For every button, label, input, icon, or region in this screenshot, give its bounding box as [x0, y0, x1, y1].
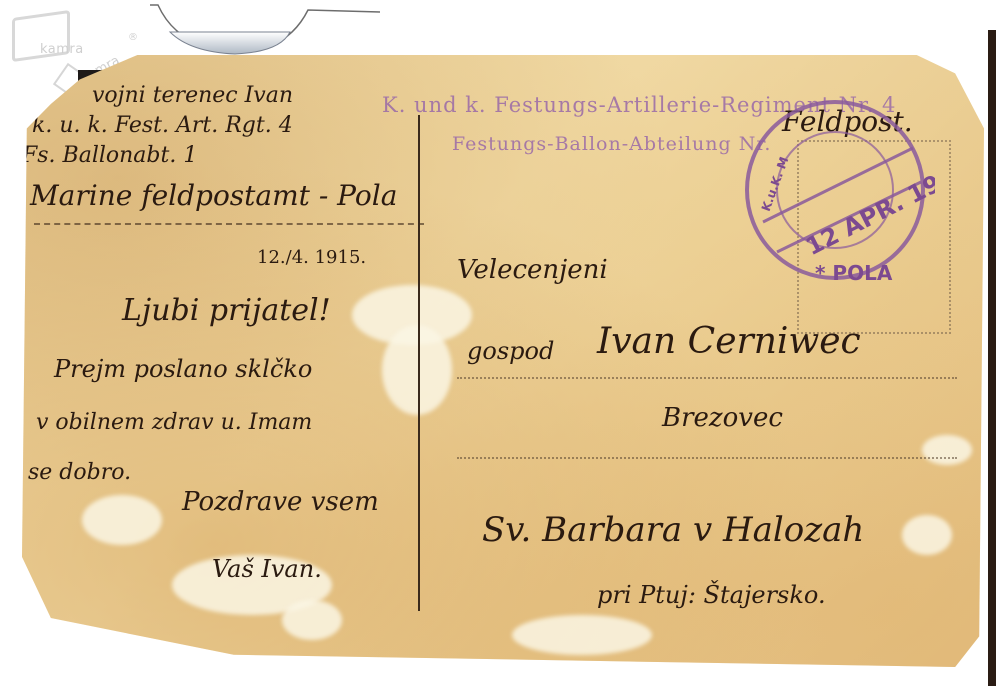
sender-line-1: vojni terenec Ivan [92, 83, 293, 108]
watermark-text: kamra [40, 42, 84, 57]
svg-text:K.u.K. M: K.u.K. M [759, 155, 792, 213]
message-line-1: Prejm poslano sklčko [54, 355, 312, 383]
address-line-1 [457, 377, 957, 379]
sender-underline [34, 223, 424, 225]
recipient-village: Brezovec [662, 403, 783, 433]
message-greeting: Ljubi prijatel! [122, 293, 331, 328]
message-line-2: v obilnem zdrav u. Imam [36, 410, 312, 435]
unit-stamp-line-2: Festungs-Ballon-Abteilung Nr. [452, 133, 771, 155]
postmark-stamp: 12 APR. 1915 * POLA K.u.K. M [735, 90, 935, 290]
svg-text:* POLA: * POLA [815, 261, 893, 285]
recipient-district: pri Ptuj: Štajersko. [597, 581, 826, 609]
backing-edge [988, 30, 996, 686]
sender-line-2: k. u. k. Fest. Art. Rgt. 4 [32, 113, 293, 138]
address-line-2 [457, 457, 957, 459]
message-signature: Vaš Ivan. [212, 555, 322, 583]
letter-date: 12./4. 1915. [257, 247, 366, 268]
sender-line-4: Marine feldpostamt - Pola [30, 179, 397, 212]
magnifier-lens-icon [150, 0, 390, 56]
recipient-title: gospod [467, 337, 554, 365]
message-closing: Pozdrave vsem [182, 487, 379, 517]
registered-mark: ® [128, 32, 138, 43]
message-line-3: se dobro. [28, 460, 131, 485]
recipient-name: Ivan Cerniwec [597, 321, 861, 362]
card-divider [418, 115, 420, 611]
sender-line-3: Fs. Ballonabt. 1 [22, 143, 197, 168]
recipient-salutation: Velecenjeni [457, 255, 608, 285]
recipient-parish: Sv. Barbara v Halozah [482, 510, 864, 550]
